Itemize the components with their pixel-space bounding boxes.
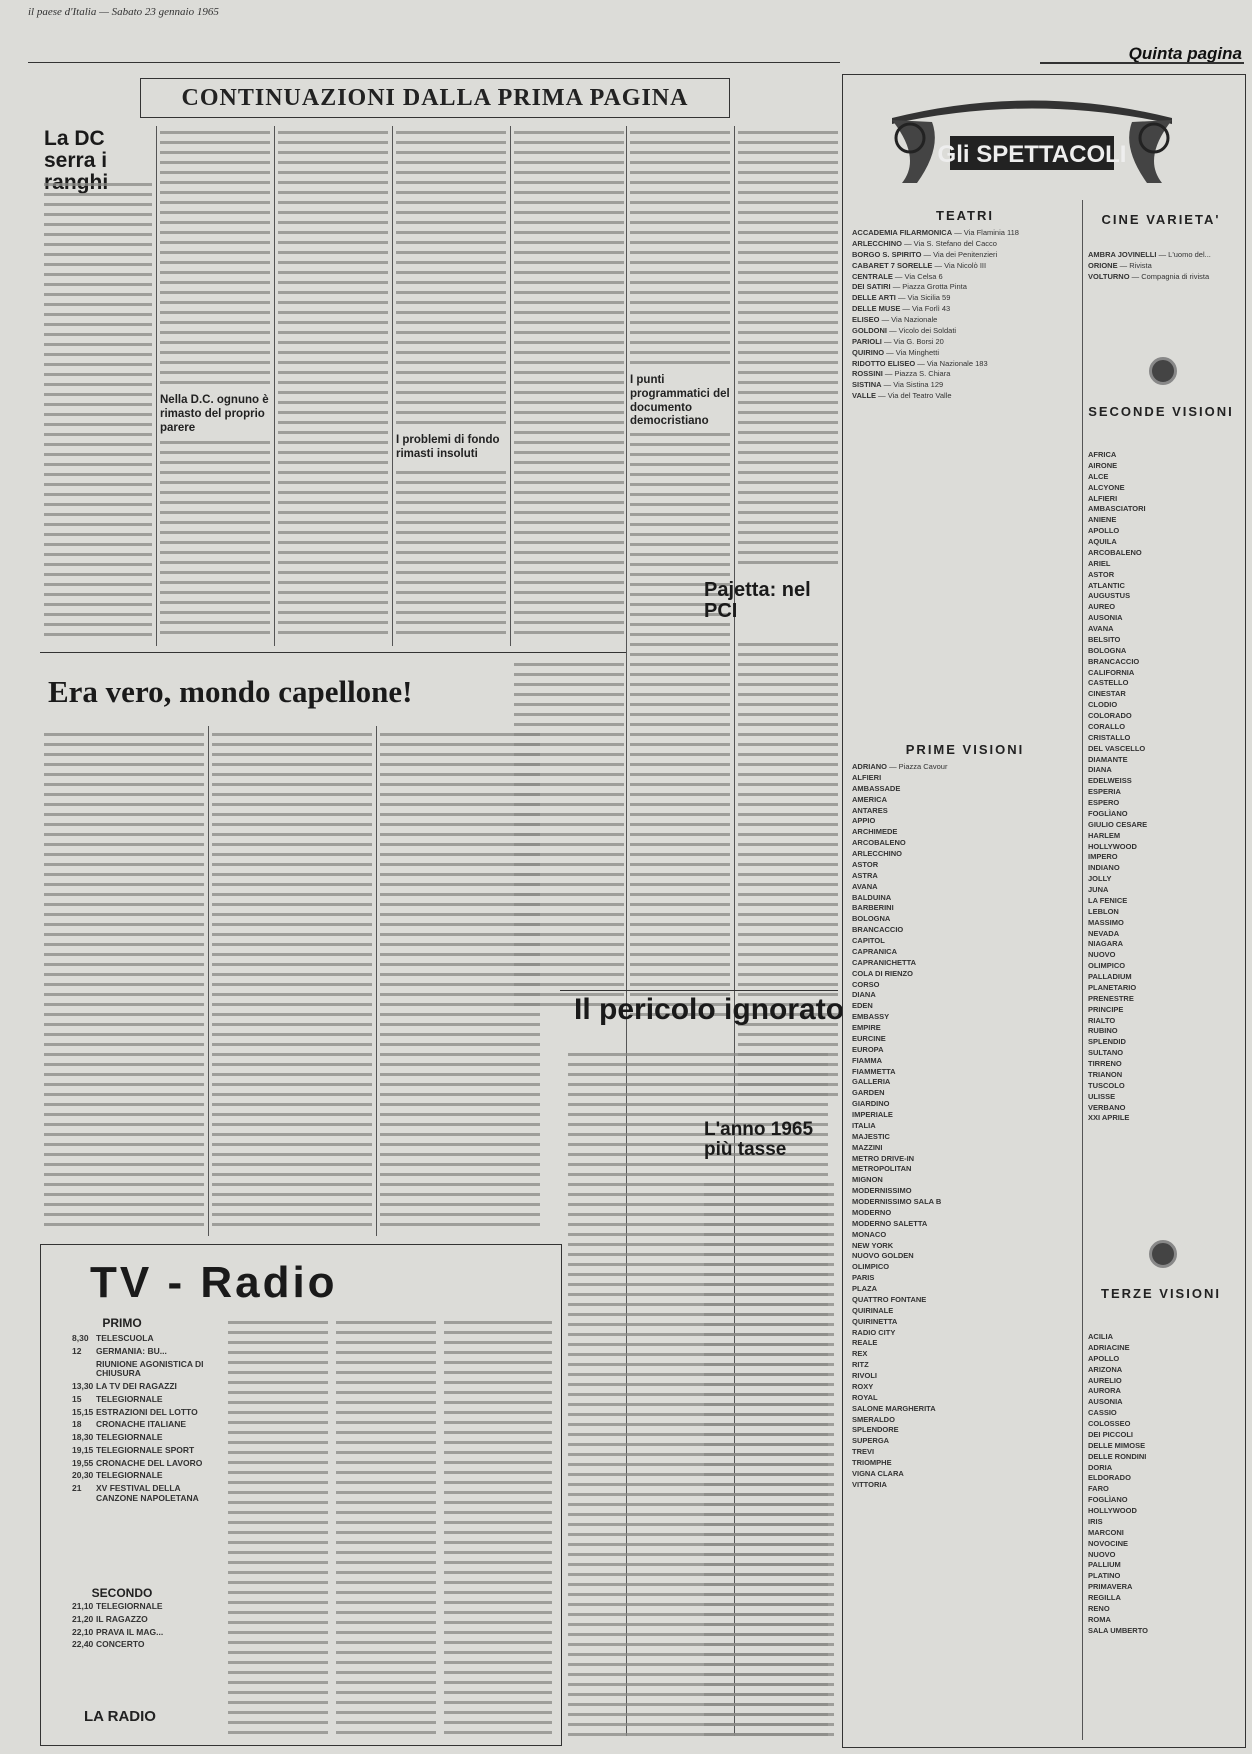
venue-item: Espero bbox=[1088, 798, 1238, 809]
program-item: 22,40Concerto bbox=[72, 1640, 222, 1650]
top-rule-right bbox=[1040, 62, 1244, 64]
venue-item: Bologna bbox=[1088, 646, 1238, 657]
terze-visioni-heading: TERZE VISIONI bbox=[1086, 1286, 1236, 1301]
venue-item: Delle Rondini bbox=[1088, 1452, 1238, 1463]
cine-varieta-heading: CINE VARIETA' bbox=[1086, 212, 1236, 227]
venue-item: Rex bbox=[852, 1349, 1078, 1360]
venue-item: Principe bbox=[1088, 1005, 1238, 1016]
venue-item: Delle Mimose bbox=[1088, 1441, 1238, 1452]
primo-schedule: 8,30Telescuola12Germania: Bu...Riunione … bbox=[72, 1334, 222, 1507]
tv-col3 bbox=[336, 1318, 436, 1738]
column-rule bbox=[1082, 200, 1083, 1740]
venue-item: Cabaret 7 Sorelle — Via Nicolò III bbox=[852, 261, 1078, 272]
venue-item: Giardino bbox=[852, 1099, 1078, 1110]
venue-item: Prenestre bbox=[1088, 994, 1238, 1005]
venue-item: Eliseo — Via Nazionale bbox=[852, 315, 1078, 326]
venue-item: Augustus bbox=[1088, 591, 1238, 602]
venue-item: Nuovo bbox=[1088, 1550, 1238, 1561]
program-item: 15Telegiornale bbox=[72, 1395, 222, 1405]
venue-item: Dei Satiri — Piazza Grotta Pinta bbox=[852, 282, 1078, 293]
venue-item: Tirreno bbox=[1088, 1059, 1238, 1070]
program-item: 18Cronache italiane bbox=[72, 1420, 222, 1430]
venue-item: Marconi bbox=[1088, 1528, 1238, 1539]
radio-label: LA RADIO bbox=[60, 1708, 180, 1725]
program-item: 8,30Telescuola bbox=[72, 1334, 222, 1344]
venue-item: Volturno — Compagnia di rivista bbox=[1088, 272, 1238, 283]
teatri-list: Accademia Filarmonica — Via Flaminia 118… bbox=[852, 228, 1078, 402]
venue-item: Plaza bbox=[852, 1284, 1078, 1295]
venue-item: Corallo bbox=[1088, 722, 1238, 733]
program-item: 12Germania: Bu... bbox=[72, 1347, 222, 1357]
venue-item: Avana bbox=[1088, 624, 1238, 635]
venue-item: Barberini bbox=[852, 903, 1078, 914]
venue-item: America bbox=[852, 795, 1078, 806]
spettacoli-banner: Gli SPETTACOLI bbox=[872, 88, 1192, 188]
venue-item: Giulio Cesare bbox=[1088, 820, 1238, 831]
venue-item: Astor bbox=[852, 860, 1078, 871]
teatri-heading: TEATRI bbox=[850, 208, 1080, 223]
venue-item: Faro bbox=[1088, 1484, 1238, 1495]
venue-item: Juna bbox=[1088, 885, 1238, 896]
section-rule bbox=[40, 652, 626, 653]
venue-item: Dei Piccoli bbox=[1088, 1430, 1238, 1441]
venue-item: Del Vascello bbox=[1088, 744, 1238, 755]
venue-item: Iris bbox=[1088, 1517, 1238, 1528]
venue-item: XXI Aprile bbox=[1088, 1113, 1238, 1124]
program-item: 18,30Telegiornale bbox=[72, 1433, 222, 1443]
prime-visioni-heading: PRIME VISIONI bbox=[850, 742, 1080, 757]
venue-item: Borgo S. Spirito — Via dei Penitenzieri bbox=[852, 250, 1078, 261]
venue-item: Apollo bbox=[1088, 1354, 1238, 1365]
venue-item: Primavera bbox=[1088, 1582, 1238, 1593]
venue-item: Embassy bbox=[852, 1012, 1078, 1023]
venue-item: Sistina — Via Sistina 129 bbox=[852, 380, 1078, 391]
venue-item: Arcobaleno bbox=[1088, 548, 1238, 559]
headline-tasse: L'anno 1965 più tasse bbox=[704, 1120, 824, 1160]
venue-item: Aureo bbox=[1088, 602, 1238, 613]
venue-item: Novocine bbox=[1088, 1539, 1238, 1550]
venue-item: Astra bbox=[852, 871, 1078, 882]
venue-item: Diana bbox=[1088, 765, 1238, 776]
venue-item: Atlantic bbox=[1088, 581, 1238, 592]
venue-item: Nuovo Golden bbox=[852, 1251, 1078, 1262]
venue-item: Doria bbox=[1088, 1463, 1238, 1474]
venue-item: Reno bbox=[1088, 1604, 1238, 1615]
venue-item: Radio City bbox=[852, 1328, 1078, 1339]
venue-item: Rossini — Piazza S. Chiara bbox=[852, 369, 1078, 380]
tv-col2 bbox=[228, 1318, 328, 1738]
venue-item: Roma bbox=[1088, 1615, 1238, 1626]
venue-item: Palladium bbox=[1088, 972, 1238, 983]
venue-item: Fiamma bbox=[852, 1056, 1078, 1067]
venue-item: Paris bbox=[852, 1273, 1078, 1284]
venue-item: Eldorado bbox=[1088, 1473, 1238, 1484]
venue-item: Adriano — Piazza Cavour bbox=[852, 762, 1078, 773]
venue-item: Leblon bbox=[1088, 907, 1238, 918]
venue-item: Garden bbox=[852, 1088, 1078, 1099]
venue-item: Metro Drive-In bbox=[852, 1154, 1078, 1165]
prime-visioni-list: Adriano — Piazza CavourAlfieriAmbassadeA… bbox=[852, 762, 1078, 1491]
venue-item: Modernissimo Sala B bbox=[852, 1197, 1078, 1208]
venue-item: California bbox=[1088, 668, 1238, 679]
venue-item: Reale bbox=[852, 1338, 1078, 1349]
venue-item: Triomphe bbox=[852, 1458, 1078, 1469]
venue-item: Nuovo bbox=[1088, 950, 1238, 961]
venue-item: Arizona bbox=[1088, 1365, 1238, 1376]
venue-item: Aurora bbox=[1088, 1386, 1238, 1397]
program-item: 20,30Telegiornale bbox=[72, 1471, 222, 1481]
program-item: 21XV Festival della canzone napoletana bbox=[72, 1484, 222, 1504]
headline-pericolo: Il pericolo ignorato bbox=[574, 994, 844, 1026]
venue-item: Arlecchino bbox=[852, 849, 1078, 860]
venue-item: Massimo bbox=[1088, 918, 1238, 929]
venue-item: Orione — Rivista bbox=[1088, 261, 1238, 272]
venue-item: Moderno Saletta bbox=[852, 1219, 1078, 1230]
venue-item: Airone bbox=[1088, 461, 1238, 472]
venue-item: Smeraldo bbox=[852, 1415, 1078, 1426]
venue-item: Europa bbox=[852, 1045, 1078, 1056]
venue-item: Alfieri bbox=[852, 773, 1078, 784]
medal-icon bbox=[1149, 357, 1177, 385]
venue-item: Ritz bbox=[852, 1360, 1078, 1371]
venue-item: Empire bbox=[852, 1023, 1078, 1034]
article-dc-tail bbox=[514, 660, 624, 1010]
venue-item: Archimede bbox=[852, 827, 1078, 838]
venue-item: Capitol bbox=[852, 936, 1078, 947]
venue-item: Trevi bbox=[852, 1447, 1078, 1458]
venue-item: Astor bbox=[1088, 570, 1238, 581]
primo-label: PRIMO bbox=[72, 1316, 172, 1330]
venue-item: Verbano bbox=[1088, 1103, 1238, 1114]
newspaper-page: il paese d'Italia — Sabato 23 gennaio 19… bbox=[0, 0, 1252, 1754]
article-tasse bbox=[704, 1180, 834, 1740]
venue-item: Majestic bbox=[852, 1132, 1078, 1143]
seconde-visioni-list: AfricaAironeAlceAlcyoneAlfieriAmbasciato… bbox=[1088, 450, 1238, 1124]
venue-item: Ausonia bbox=[1088, 613, 1238, 624]
section-rule bbox=[560, 990, 838, 991]
headline-pajetta: Pajetta: nel PCI bbox=[704, 580, 814, 622]
venue-item: Salone Margherita bbox=[852, 1404, 1078, 1415]
venue-item: Alce bbox=[1088, 472, 1238, 483]
venue-item: Nevada bbox=[1088, 929, 1238, 940]
venue-item: Diamante bbox=[1088, 755, 1238, 766]
column-rule bbox=[274, 126, 275, 646]
column-rule bbox=[376, 726, 377, 1236]
venue-item: Belsito bbox=[1088, 635, 1238, 646]
venue-item: Antares bbox=[852, 806, 1078, 817]
venue-item: Edelweiss bbox=[1088, 776, 1238, 787]
article-dc-col7 bbox=[738, 128, 838, 568]
continuations-banner: CONTINUAZIONI DALLA PRIMA PAGINA bbox=[140, 78, 730, 118]
top-rule bbox=[28, 62, 840, 63]
venue-item: Mazzini bbox=[852, 1143, 1078, 1154]
venue-item: Colorado bbox=[1088, 711, 1238, 722]
program-item: 22,10Prava il mag... bbox=[72, 1628, 222, 1638]
venue-item: Quirino — Via Minghetti bbox=[852, 348, 1078, 359]
venue-item: Splendid bbox=[1088, 1037, 1238, 1048]
venue-item: Monaco bbox=[852, 1230, 1078, 1241]
venue-item: Ariel bbox=[1088, 559, 1238, 570]
venue-item: Ambasciatori bbox=[1088, 504, 1238, 515]
article-dc-col6a bbox=[630, 128, 730, 368]
column-rule bbox=[208, 726, 209, 1236]
venue-item: Goldoni — Vicolo dei Soldati bbox=[852, 326, 1078, 337]
article-capellone-col2 bbox=[212, 730, 372, 1230]
venue-item: Eden bbox=[852, 1001, 1078, 1012]
venue-item: Modernissimo bbox=[852, 1186, 1078, 1197]
program-item: 19,15Telegiornale sport bbox=[72, 1446, 222, 1456]
article-dc-col1 bbox=[44, 180, 152, 640]
venue-item: Vittoria bbox=[852, 1480, 1078, 1491]
venue-item: Aniene bbox=[1088, 515, 1238, 526]
venue-item: Avana bbox=[852, 882, 1078, 893]
venue-item: Delle Arti — Via Sicilia 59 bbox=[852, 293, 1078, 304]
venue-item: Foglìano bbox=[1088, 809, 1238, 820]
venue-item: Vigna Clara bbox=[852, 1469, 1078, 1480]
venue-item: Africa bbox=[1088, 450, 1238, 461]
secondo-schedule: 21,10Telegiornale21,20Il Ragazzo22,10Pra… bbox=[72, 1602, 222, 1653]
venue-item: Adriacine bbox=[1088, 1343, 1238, 1354]
venue-item: Brancaccio bbox=[852, 925, 1078, 936]
venue-item: La Fenice bbox=[1088, 896, 1238, 907]
article-dc-col6b bbox=[630, 430, 730, 1020]
venue-item: Centrale — Via Celsa 6 bbox=[852, 272, 1078, 283]
venue-item: Hollywood bbox=[1088, 1506, 1238, 1517]
column-rule bbox=[392, 126, 393, 646]
venue-item: Corso bbox=[852, 980, 1078, 991]
venue-item: Parioli — Via G. Borsi 20 bbox=[852, 337, 1078, 348]
venue-item: Sultano bbox=[1088, 1048, 1238, 1059]
venue-item: Imperiale bbox=[852, 1110, 1078, 1121]
program-item: 15,15Estrazioni del lotto bbox=[72, 1408, 222, 1418]
venue-item: New York bbox=[852, 1241, 1078, 1252]
venue-item: Ausonia bbox=[1088, 1397, 1238, 1408]
venue-item: Mignon bbox=[852, 1175, 1078, 1186]
venue-item: Aquila bbox=[1088, 537, 1238, 548]
venue-item: Niagara bbox=[1088, 939, 1238, 950]
venue-item: Balduina bbox=[852, 893, 1078, 904]
venue-item: Hollywood bbox=[1088, 842, 1238, 853]
venue-item: Italia bbox=[852, 1121, 1078, 1132]
article-dc-col4a bbox=[396, 128, 506, 428]
venue-item: Pallium bbox=[1088, 1560, 1238, 1571]
headline-capellone: Era vero, mondo capellone! bbox=[48, 674, 413, 710]
program-item: Riunione agonistica di chiusura bbox=[72, 1360, 222, 1380]
venue-item: Clodio bbox=[1088, 700, 1238, 711]
venue-item: Indiano bbox=[1088, 863, 1238, 874]
venue-item: Esperia bbox=[1088, 787, 1238, 798]
venue-item: Ambra Jovinelli — L'uomo del... bbox=[1088, 250, 1238, 261]
venue-item: Olimpico bbox=[1088, 961, 1238, 972]
venue-item: Aurelio bbox=[1088, 1376, 1238, 1387]
venue-item: Quattro Fontane bbox=[852, 1295, 1078, 1306]
venue-item: Sala Umberto bbox=[1088, 1626, 1238, 1637]
article-dc-col5 bbox=[514, 128, 624, 638]
subhead-dc-1: Nella D.C. ognuno è rimasto del proprio … bbox=[160, 394, 270, 435]
venue-item: Quirinetta bbox=[852, 1317, 1078, 1328]
venue-item: Planetario bbox=[1088, 983, 1238, 994]
venue-item: Quirinale bbox=[852, 1306, 1078, 1317]
venue-item: Capranichetta bbox=[852, 958, 1078, 969]
venue-item: Rialto bbox=[1088, 1016, 1238, 1027]
venue-item: Colosseo bbox=[1088, 1419, 1238, 1430]
article-dc-col2a bbox=[160, 128, 270, 388]
seconde-visioni-heading: SECONDE VISIONI bbox=[1086, 404, 1236, 419]
venue-item: Apollo bbox=[1088, 526, 1238, 537]
article-capellone-col1 bbox=[44, 730, 204, 1230]
venue-item: Trianon bbox=[1088, 1070, 1238, 1081]
medal-icon bbox=[1149, 1240, 1177, 1268]
venue-item: Harlem bbox=[1088, 831, 1238, 842]
cine-varieta-list: Ambra Jovinelli — L'uomo del...Orione — … bbox=[1088, 250, 1238, 283]
venue-item: Diana bbox=[852, 990, 1078, 1001]
venue-item: Arcobaleno bbox=[852, 838, 1078, 849]
venue-item: Metropolitan bbox=[852, 1164, 1078, 1175]
venue-item: Ridotto Eliseo — Via Nazionale 183 bbox=[852, 359, 1078, 370]
venue-item: Olimpico bbox=[852, 1262, 1078, 1273]
venue-item: Appio bbox=[852, 816, 1078, 827]
venue-item: Rubino bbox=[1088, 1026, 1238, 1037]
tv-col4 bbox=[444, 1318, 552, 1738]
venue-item: Arlecchino — Via S. Stefano del Cacco bbox=[852, 239, 1078, 250]
venue-item: Ulisse bbox=[1088, 1092, 1238, 1103]
terze-visioni-list: AciliaAdriacineApolloArizonaAurelioAuror… bbox=[1088, 1332, 1238, 1637]
program-item: 19,55Cronache del lavoro bbox=[72, 1459, 222, 1469]
venue-item: Jolly bbox=[1088, 874, 1238, 885]
venue-item: Platino bbox=[1088, 1571, 1238, 1582]
venue-item: Regilla bbox=[1088, 1593, 1238, 1604]
program-item: 21,10Telegiornale bbox=[72, 1602, 222, 1612]
venue-item: Tuscolo bbox=[1088, 1081, 1238, 1092]
venue-item: Capranica bbox=[852, 947, 1078, 958]
article-dc-col3 bbox=[278, 128, 388, 638]
venue-item: Impero bbox=[1088, 852, 1238, 863]
venue-item: Cola di Rienzo bbox=[852, 969, 1078, 980]
spettacoli-title: Gli SPETTACOLI bbox=[938, 141, 1127, 168]
venue-item: Foglìano bbox=[1088, 1495, 1238, 1506]
banner-title: CONTINUAZIONI DALLA PRIMA PAGINA bbox=[182, 85, 689, 112]
venue-item: Castello bbox=[1088, 678, 1238, 689]
venue-item: Alcyone bbox=[1088, 483, 1238, 494]
column-rule bbox=[156, 126, 157, 646]
venue-item: Royal bbox=[852, 1393, 1078, 1404]
venue-item: Acilia bbox=[1088, 1332, 1238, 1343]
program-item: 13,30La TV dei ragazzi bbox=[72, 1382, 222, 1392]
tv-radio-title: TV - Radio bbox=[90, 1258, 338, 1308]
subhead-dc-3: I punti programmatici del documento demo… bbox=[630, 374, 730, 429]
venue-item: Splendore bbox=[852, 1425, 1078, 1436]
venue-item: Rivoli bbox=[852, 1371, 1078, 1382]
venue-item: Cinestar bbox=[1088, 689, 1238, 700]
venue-item: Fiammetta bbox=[852, 1067, 1078, 1078]
subhead-dc-2: I problemi di fondo rimasti insoluti bbox=[396, 434, 506, 462]
venue-item: Accademia Filarmonica — Via Flaminia 118 bbox=[852, 228, 1078, 239]
venue-item: Galleria bbox=[852, 1077, 1078, 1088]
venue-item: Bologna bbox=[852, 914, 1078, 925]
venue-item: Moderno bbox=[852, 1208, 1078, 1219]
venue-item: Superga bbox=[852, 1436, 1078, 1447]
venue-item: Roxy bbox=[852, 1382, 1078, 1393]
column-rule bbox=[510, 126, 511, 646]
venue-item: Cassio bbox=[1088, 1408, 1238, 1419]
folio: il paese d'Italia — Sabato 23 gennaio 19… bbox=[28, 6, 219, 18]
page-name: Quinta pagina bbox=[1129, 44, 1242, 64]
article-dc-col4b bbox=[396, 468, 506, 638]
venue-item: Ambassade bbox=[852, 784, 1078, 795]
venue-item: Cristallo bbox=[1088, 733, 1238, 744]
venue-item: Eurcine bbox=[852, 1034, 1078, 1045]
venue-item: Valle — Via del Teatro Valle bbox=[852, 391, 1078, 402]
article-dc-col2b bbox=[160, 438, 270, 638]
program-item: 21,20Il Ragazzo bbox=[72, 1615, 222, 1625]
venue-item: Delle Muse — Via Forlì 43 bbox=[852, 304, 1078, 315]
article-pajetta bbox=[738, 640, 838, 1100]
venue-item: Brancaccio bbox=[1088, 657, 1238, 668]
venue-item: Alfieri bbox=[1088, 494, 1238, 505]
secondo-label: SECONDO bbox=[72, 1586, 172, 1600]
